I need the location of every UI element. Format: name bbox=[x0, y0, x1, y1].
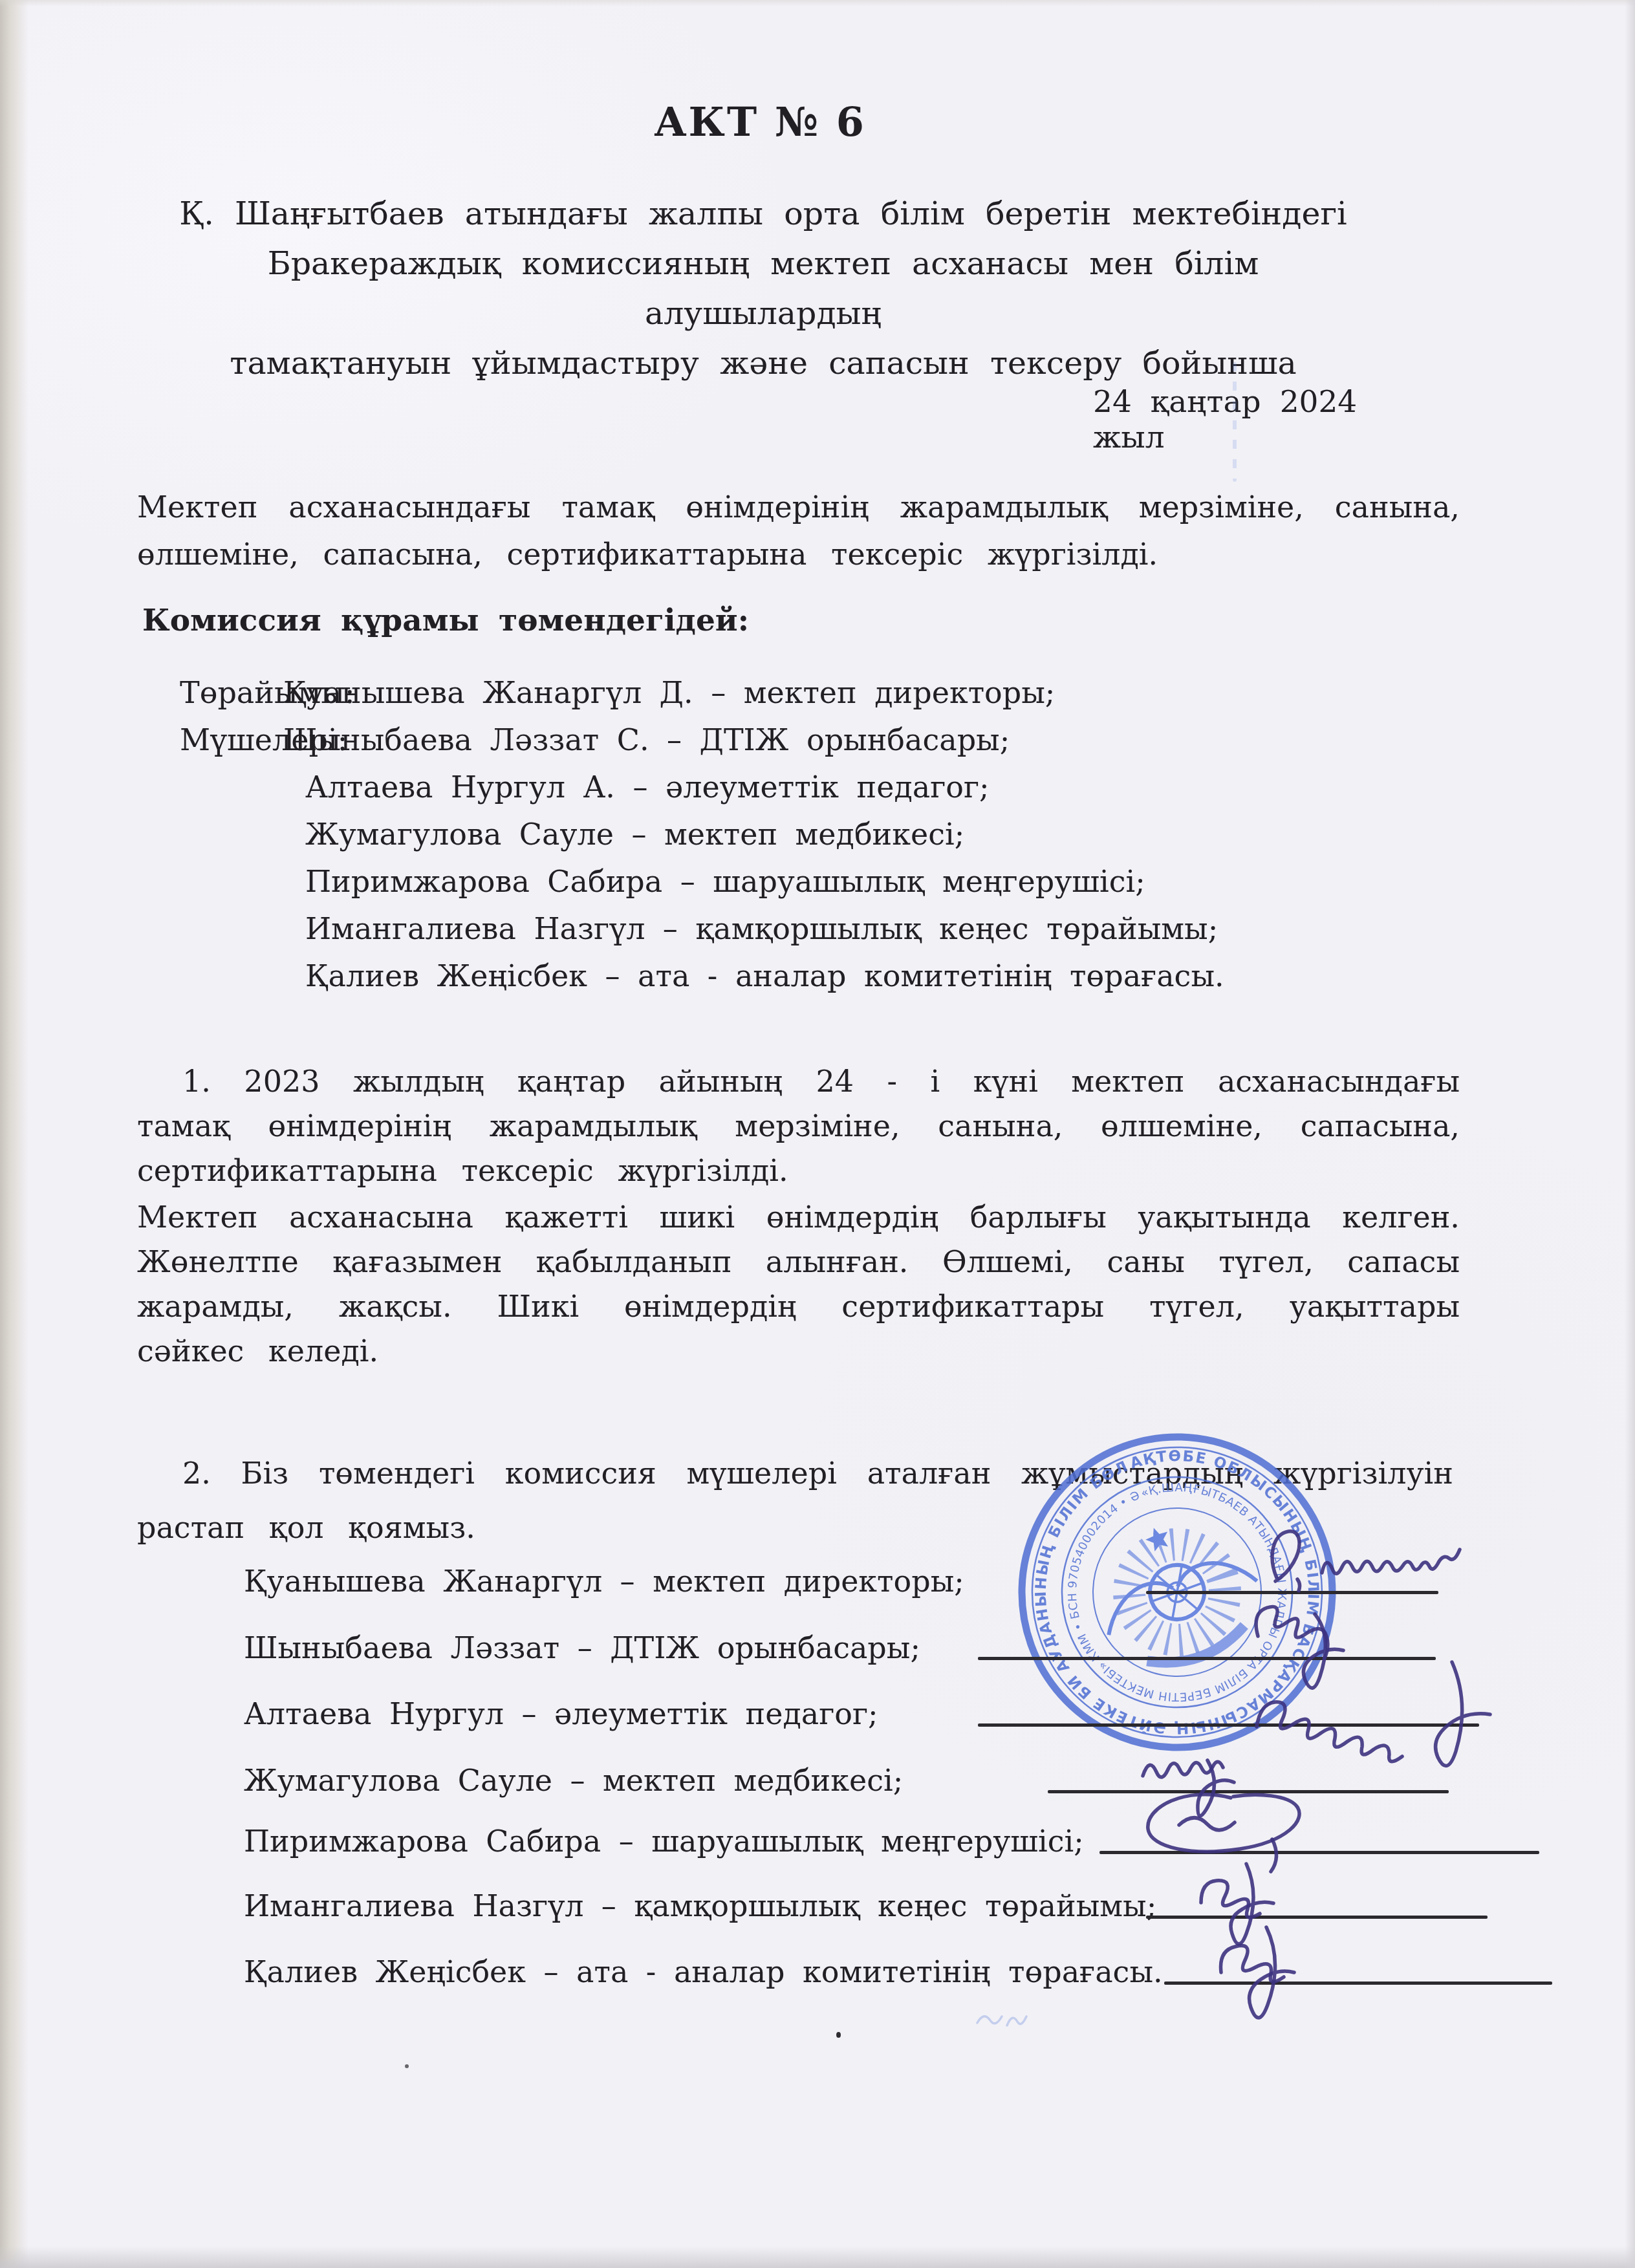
signatory-name: Имангалиева Назгүл – қамқоршылық кеңес т… bbox=[244, 1888, 1156, 1923]
commission-row-member: Жумагулова Сауле – мектеп медбикесі; bbox=[0, 817, 1635, 857]
signatory-name: Қуанышева Жанаргүл – мектеп директоры; bbox=[244, 1564, 964, 1599]
intro-paragraph: Мектеп асханасындағы тамақ өнімдерінің ж… bbox=[137, 484, 1460, 578]
commission-row-member: Алтаева Нургул А. – әлеуметтік педагог; bbox=[0, 770, 1635, 810]
date-line: 24 қаңтар 2024 жыл bbox=[1093, 384, 1391, 455]
ink-speck bbox=[836, 2032, 841, 2038]
commission-row-chair: Төрайымы: Қуанышева Жанаргүл Д. – мектеп… bbox=[0, 675, 1635, 715]
ink-speck bbox=[405, 2064, 409, 2068]
handwritten-signature bbox=[1196, 1903, 1358, 2016]
scanned-document-page: АКТ № 6 Қ. Шаңғытбаев атындағы жалпы орт… bbox=[0, 0, 1635, 2268]
heading-line-2: Бракераждық комиссияның мектеп асханасы … bbox=[149, 239, 1378, 338]
document-heading: Қ. Шаңғытбаев атындағы жалпы орта білім … bbox=[149, 189, 1378, 388]
commission-member-entry: Қалиев Жеңісбек – ата - аналар комитетін… bbox=[305, 958, 1224, 993]
commission-member-entry: Жумагулова Сауле – мектеп медбикесі; bbox=[305, 817, 964, 852]
signatory-name: Шыныбаева Ләззат – ДТІЖ орынбасары; bbox=[244, 1630, 920, 1665]
signatory-row: Жумагулова Сауле – мектеп медбикесі; bbox=[0, 1763, 1635, 1804]
signatory-row: Имангалиева Назгүл – қамқоршылық кеңес т… bbox=[0, 1888, 1635, 1930]
scan-edge-bottom bbox=[0, 2246, 1635, 2268]
page-title: АКТ № 6 bbox=[0, 98, 1520, 146]
heading-line-1: Қ. Шаңғытбаев атындағы жалпы орта білім … bbox=[149, 189, 1378, 239]
signatory-row: Қалиев Жеңісбек – ата - аналар комитетін… bbox=[0, 1954, 1635, 1996]
heading-line-3: тамақтануын ұйымдастыру және сапасын тек… bbox=[149, 338, 1378, 388]
commission-heading: Комиссия құрамы төмендегідей: bbox=[142, 603, 749, 638]
commission-row-member: Имангалиева Назгүл – қамқоршылық кеңес т… bbox=[0, 911, 1635, 951]
commission-row-member: Пиримжарова Сабира – шаруашылық меңгеруш… bbox=[0, 864, 1635, 904]
commission-member-entry: Имангалиева Назгүл – қамқоршылық кеңес т… bbox=[305, 911, 1218, 946]
commission-chair-entry: Қуанышева Жанаргүл Д. – мектеп директоры… bbox=[283, 675, 1055, 710]
signatory-name: Алтаева Нургул – әлеуметтік педагог; bbox=[244, 1696, 878, 1731]
signatory-name: Пиримжарова Сабира – шаруашылық меңгеруш… bbox=[244, 1824, 1084, 1859]
scan-edge-top bbox=[0, 0, 1635, 6]
paragraph-1-findings: Мектеп асханасына қажетті шикі өнімдерді… bbox=[137, 1195, 1460, 1374]
commission-row-member: Мүшелері: Шыныбаева Ләззат С. – ДТІЖ оры… bbox=[0, 722, 1635, 762]
signatory-name: Қалиев Жеңісбек – ата - аналар комитетін… bbox=[244, 1954, 1163, 1989]
paragraph-1-inspection: 1. 2023 жылдың қаңтар айының 24 - і күні… bbox=[137, 1059, 1460, 1193]
commission-row-member: Қалиев Жеңісбек – ата - аналар комитетін… bbox=[0, 958, 1635, 999]
commission-member-entry: Шыныбаева Ләззат С. – ДТІЖ орынбасары; bbox=[283, 722, 1010, 757]
commission-member-entry: Алтаева Нургул А. – әлеуметтік педагог; bbox=[305, 770, 990, 805]
blue-ink-smudge bbox=[1233, 362, 1237, 482]
signatory-row: Пиримжарова Сабира – шаруашылық меңгеруш… bbox=[0, 1824, 1635, 1865]
faint-pen-scribble bbox=[973, 2003, 1035, 2035]
commission-member-entry: Пиримжарова Сабира – шаруашылық меңгеруш… bbox=[305, 864, 1145, 899]
signatory-name: Жумагулова Сауле – мектеп медбикесі; bbox=[244, 1763, 903, 1798]
